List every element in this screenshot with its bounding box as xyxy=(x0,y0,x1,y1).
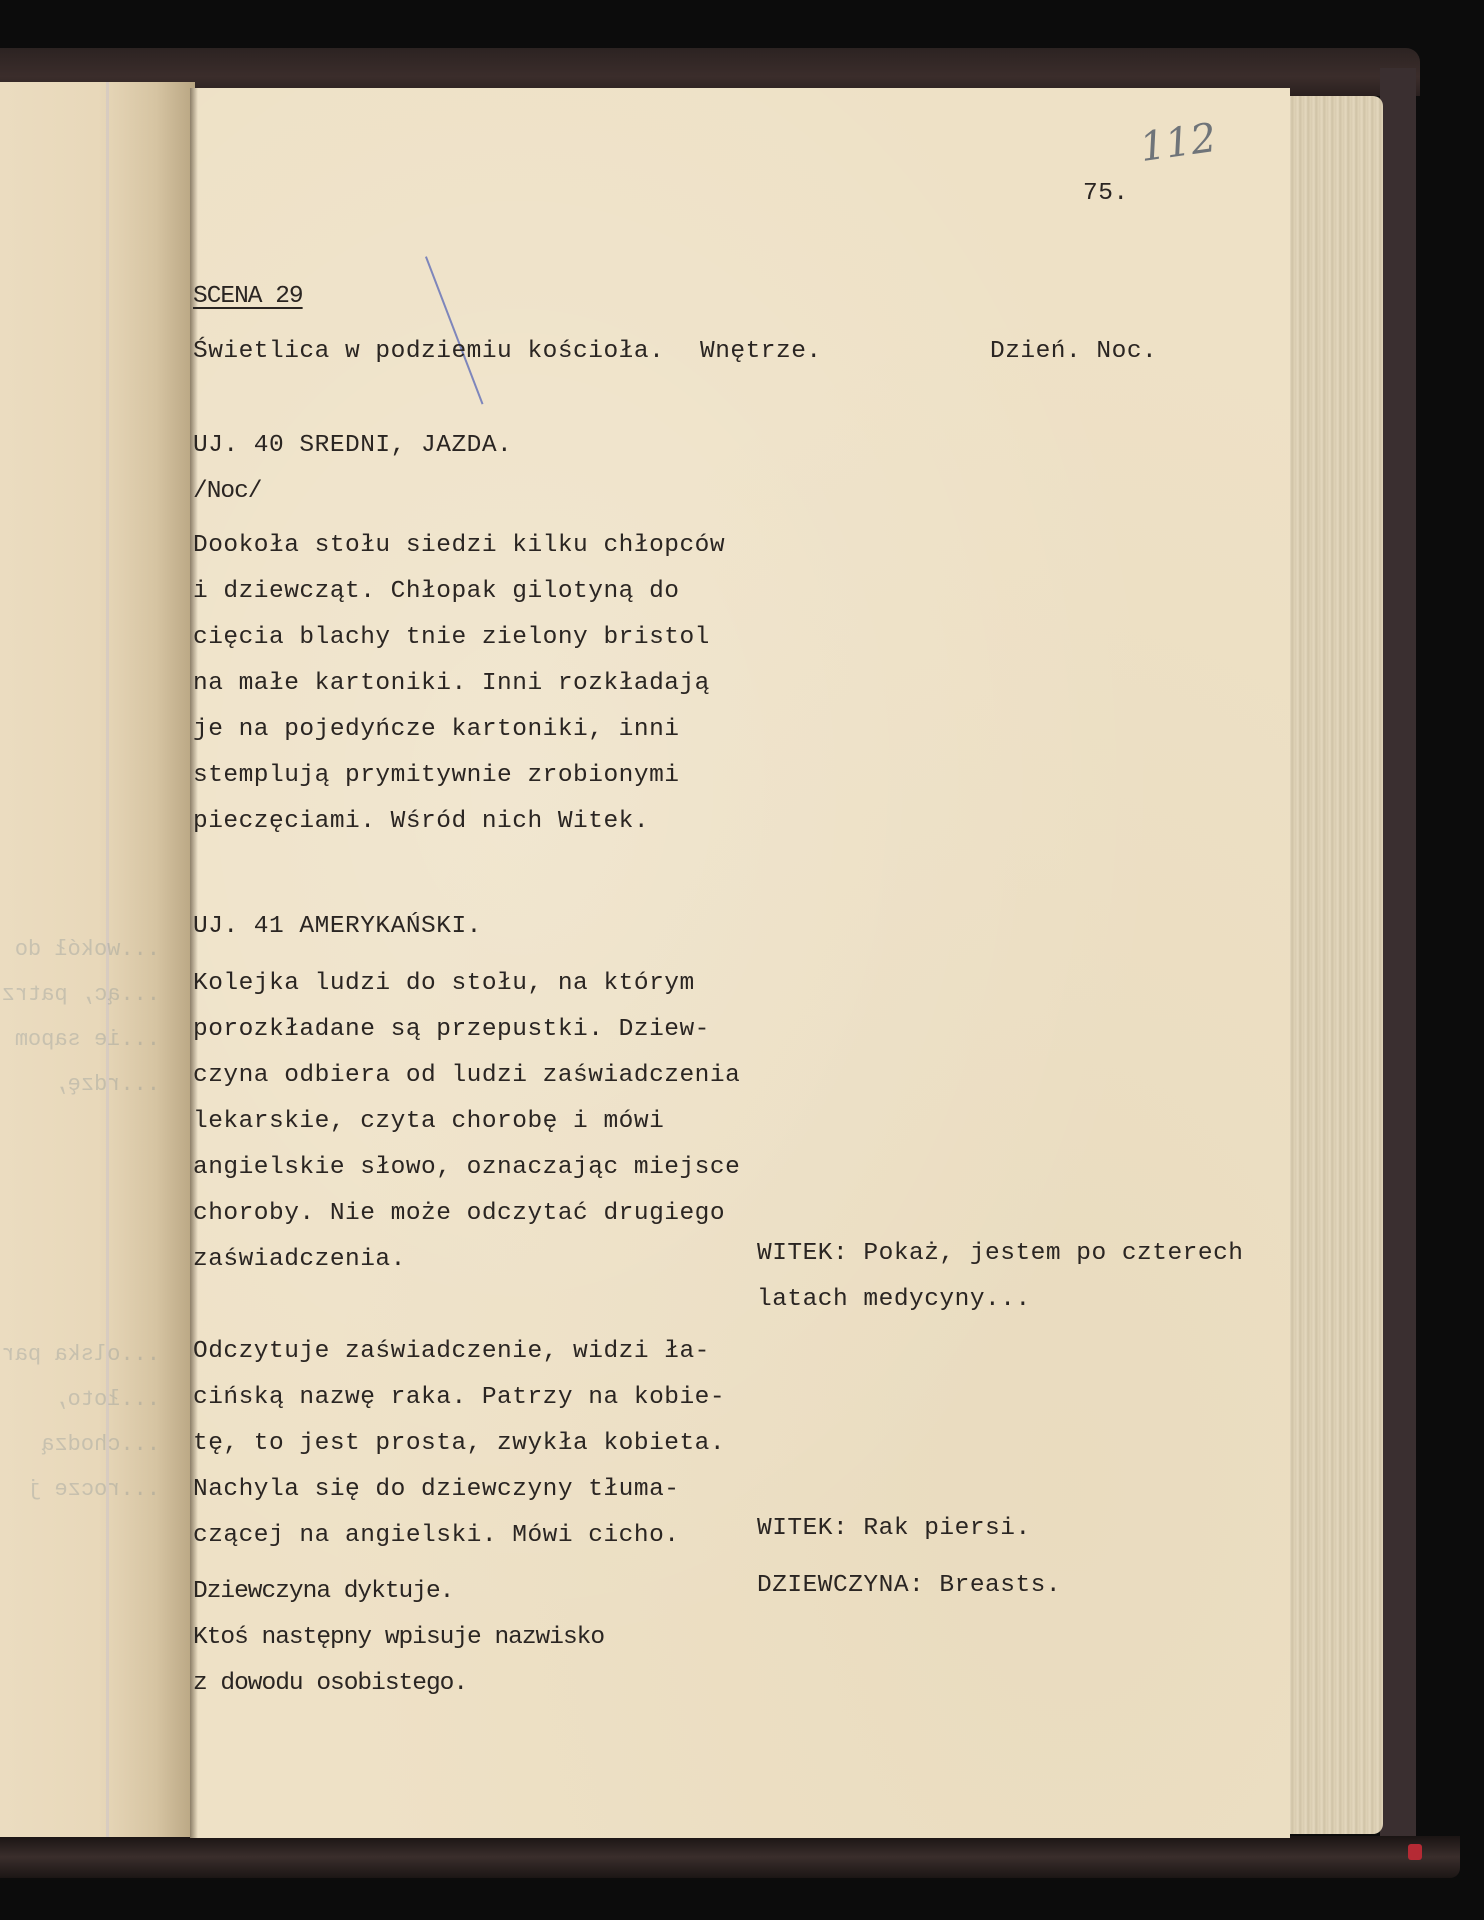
typed-page-number: 75. xyxy=(1083,180,1129,207)
action-line: Nachyla się do dziewczyny tłuma- xyxy=(193,1476,679,1503)
action-line: tę, to jest prosta, zwykła kobieta. xyxy=(193,1430,725,1457)
book-scan: ...wokół do ...ąc, patrz ...ie sapom ...… xyxy=(0,0,1484,1920)
action-line: je na pojedyńcze kartoniki, inni xyxy=(193,716,679,743)
red-corner-mark xyxy=(1408,1844,1422,1860)
action-line: z dowodu osobistego. xyxy=(193,1670,467,1697)
action-line: Ktoś następny wpisuje nazwisko xyxy=(193,1624,604,1651)
action-line: czyna odbiera od ludzi zaświadczenia xyxy=(193,1062,740,1089)
action-line: Odczytuje zaświadczenie, widzi ła- xyxy=(193,1338,710,1365)
action-line: na małe kartoniki. Inni rozkładają xyxy=(193,670,710,697)
shot-note: /Noc/ xyxy=(193,478,262,505)
location-time: Dzień. Noc. xyxy=(990,338,1157,365)
shot-heading: UJ. 40 SREDNI, JAZDA. xyxy=(193,432,512,459)
action-line: pieczęciami. Wśród nich Witek. xyxy=(193,808,649,835)
dialogue-line: DZIEWCZYNA: Breasts. xyxy=(757,1572,1061,1599)
book-cover-right xyxy=(1380,68,1416,1848)
location-setting: Wnętrze. xyxy=(700,338,822,365)
action-line: i dziewcząt. Chłopak gilotyną do xyxy=(193,578,679,605)
book-cover-bottom xyxy=(0,1836,1460,1878)
dialogue-line: WITEK: Rak piersi. xyxy=(757,1515,1031,1542)
left-page: ...wokół do ...ąc, patrz ...ie sapom ...… xyxy=(0,82,195,1837)
action-line: choroby. Nie może odczytać drugiego xyxy=(193,1200,725,1227)
action-line: stemplują prymitywnie zrobionymi xyxy=(193,762,679,789)
dialogue-line: latach medycyny... xyxy=(757,1286,1031,1313)
dialogue-line: WITEK: Pokaż, jestem po czterech xyxy=(757,1240,1243,1267)
action-line: lekarskie, czyta chorobę i mówi xyxy=(193,1108,664,1135)
action-line: Dziewczyna dyktuje. xyxy=(193,1578,453,1605)
action-line: angielskie słowo, oznaczając miejsce xyxy=(193,1154,740,1181)
page-stack-edge xyxy=(1287,96,1383,1834)
scene-heading: SCENA 29 xyxy=(193,283,303,310)
shot-heading: UJ. 41 AMERYKAŃSKI. xyxy=(193,913,482,940)
action-line: czącej na angielski. Mówi cicho. xyxy=(193,1522,679,1549)
action-line: zaświadczenia. xyxy=(193,1246,406,1273)
action-line: porozkładane są przepustki. Dziew- xyxy=(193,1016,710,1043)
action-line: cięcia blachy tnie zielony bristol xyxy=(193,624,710,651)
bleed-through-text: ...wokół do ...ąc, patrz ...ie sapom ...… xyxy=(0,82,170,1837)
location-place: Świetlica w podziemiu kościoła. xyxy=(193,338,664,365)
action-line: Kolejka ludzi do stołu, na którym xyxy=(193,970,695,997)
action-line: Dookoła stołu siedzi kilku chłopców xyxy=(193,532,725,559)
action-line: cińską nazwę raka. Patrzy na kobie- xyxy=(193,1384,725,1411)
